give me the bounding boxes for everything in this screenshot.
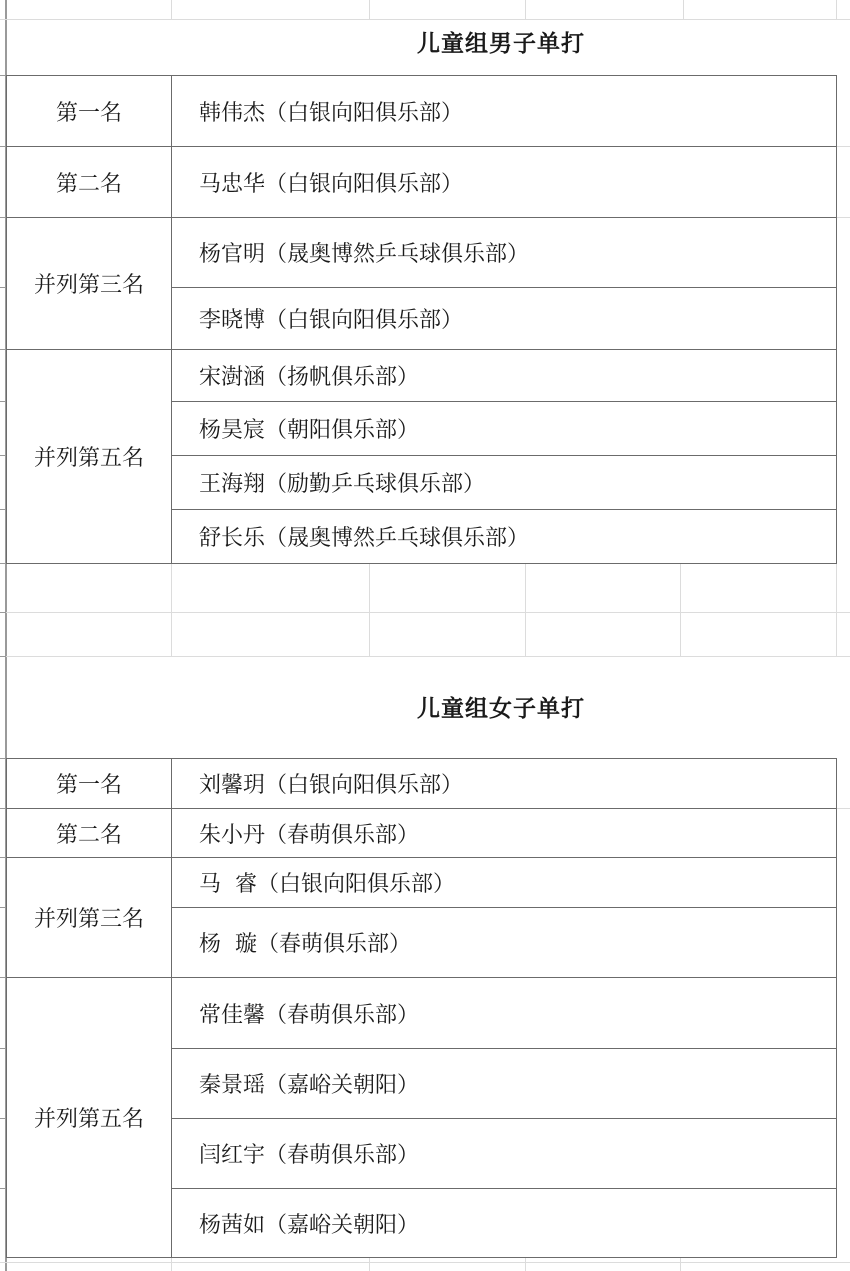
entry-cell: 马忠华（白银向阳俱乐部） xyxy=(172,147,837,218)
results-table-girls-singles: 第一名 刘馨玥（白银向阳俱乐部） 第二名 朱小丹（春萌俱乐部） 并列第三名 马 … xyxy=(6,758,837,1258)
gridline xyxy=(525,1258,526,1271)
table-row: 并列第五名 宋澍涵（扬帆俱乐部） xyxy=(7,350,837,402)
table-row: 第二名 马忠华（白银向阳俱乐部） xyxy=(7,147,837,218)
gridline xyxy=(171,1258,172,1271)
gridline xyxy=(369,0,370,20)
rank-cell: 第二名 xyxy=(7,809,172,858)
gridline xyxy=(836,808,850,809)
entry-cell: 朱小丹（春萌俱乐部） xyxy=(172,809,837,858)
rank-cell: 并列第五名 xyxy=(7,978,172,1258)
gridline xyxy=(525,0,526,20)
rank-cell: 第二名 xyxy=(7,147,172,218)
gridline xyxy=(369,1258,370,1271)
rank-cell: 并列第三名 xyxy=(7,218,172,350)
gridline xyxy=(369,563,370,656)
gridline xyxy=(836,146,850,147)
entry-cell: 马 睿（白银向阳俱乐部） xyxy=(172,858,837,908)
gridline xyxy=(680,1258,681,1271)
table-row: 第二名 朱小丹（春萌俱乐部） xyxy=(7,809,837,858)
entry-cell: 韩伟杰（白银向阳俱乐部） xyxy=(172,76,837,147)
gridline xyxy=(0,612,850,613)
entry-cell: 宋澍涵（扬帆俱乐部） xyxy=(172,350,837,402)
section-title-boys-singles: 儿童组男子单打 xyxy=(6,25,836,58)
entry-cell: 王海翔（励勤乒乓球俱乐部） xyxy=(172,456,837,510)
gridline xyxy=(0,19,850,20)
table-row: 第一名 韩伟杰（白银向阳俱乐部） xyxy=(7,76,837,147)
entry-cell: 杨官明（晟奥博然乒乓球俱乐部） xyxy=(172,218,837,288)
entry-cell: 杨昊宸（朝阳俱乐部） xyxy=(172,402,837,456)
rank-cell: 第一名 xyxy=(7,76,172,147)
gridline xyxy=(836,217,850,218)
table-row: 并列第三名 马 睿（白银向阳俱乐部） xyxy=(7,858,837,908)
gridline xyxy=(836,563,837,656)
row-tick xyxy=(0,656,6,657)
gridline xyxy=(525,563,526,656)
gridline xyxy=(680,563,681,656)
entry-cell: 常佳馨（春萌俱乐部） xyxy=(172,978,837,1049)
entry-cell: 刘馨玥（白银向阳俱乐部） xyxy=(172,759,837,809)
table-row: 第一名 刘馨玥（白银向阳俱乐部） xyxy=(7,759,837,809)
rank-cell: 并列第五名 xyxy=(7,350,172,564)
section-title-text: 儿童组男子单打 xyxy=(417,31,585,57)
gridline xyxy=(171,0,172,20)
gridline xyxy=(683,0,684,20)
entry-cell: 杨 璇（春萌俱乐部） xyxy=(172,908,837,978)
section-title-text: 儿童组女子单打 xyxy=(417,696,585,722)
gridline xyxy=(171,563,172,656)
entry-cell: 舒长乐（晟奥博然乒乓球俱乐部） xyxy=(172,510,837,564)
gridline xyxy=(836,0,837,20)
entry-cell: 闫红宇（春萌俱乐部） xyxy=(172,1119,837,1189)
rank-cell: 并列第三名 xyxy=(7,858,172,978)
results-table-boys-singles: 第一名 韩伟杰（白银向阳俱乐部） 第二名 马忠华（白银向阳俱乐部） 并列第三名 … xyxy=(6,75,837,564)
entry-cell: 秦景瑶（嘉峪关朝阳） xyxy=(172,1049,837,1119)
gridline xyxy=(0,656,850,657)
section-title-girls-singles: 儿童组女子单打 xyxy=(6,690,836,723)
rank-cell: 第一名 xyxy=(7,759,172,809)
row-tick xyxy=(0,612,6,613)
gridline xyxy=(0,1262,850,1263)
entry-cell: 李晓博（白银向阳俱乐部） xyxy=(172,288,837,350)
table-row: 并列第五名 常佳馨（春萌俱乐部） xyxy=(7,978,837,1049)
table-row: 并列第三名 杨官明（晟奥博然乒乓球俱乐部） xyxy=(7,218,837,288)
entry-cell: 杨茜如（嘉峪关朝阳） xyxy=(172,1189,837,1258)
